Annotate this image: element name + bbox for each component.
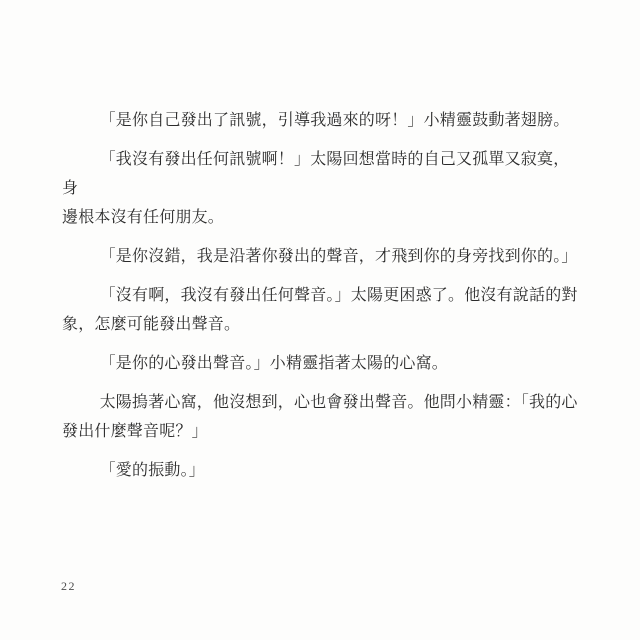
paragraph: 太陽摀著心窩，他沒想到，心也會發出聲音。他問小精靈：「我的心 發出什麼聲音呢？」 (62, 388, 584, 446)
page-number: 22 (61, 579, 76, 594)
paragraph: 「是你自己發出了訊號，引導我過來的呀！」小精靈鼓動著翅膀。 (62, 106, 584, 135)
paragraph: 「是你沒錯，我是沿著你發出的聲音，才飛到你的身旁找到你的。」 (62, 242, 584, 271)
paragraph: 「是你的心發出聲音。」小精靈指著太陽的心窩。 (62, 349, 584, 378)
paragraph: 「愛的振動。」 (62, 456, 584, 485)
book-page: 「是你自己發出了訊號，引導我過來的呀！」小精靈鼓動著翅膀。 「我沒有發出任何訊號… (0, 0, 640, 640)
body-text: 「是你自己發出了訊號，引導我過來的呀！」小精靈鼓動著翅膀。 「我沒有發出任何訊號… (62, 106, 584, 495)
paragraph: 「沒有啊，我沒有發出任何聲音。」太陽更困惑了。他沒有說話的對 象，怎麼可能發出聲… (62, 281, 584, 339)
paragraph: 「我沒有發出任何訊號啊！」太陽回想當時的自己又孤單又寂寞，身 邊根本沒有任何朋友… (62, 145, 584, 232)
